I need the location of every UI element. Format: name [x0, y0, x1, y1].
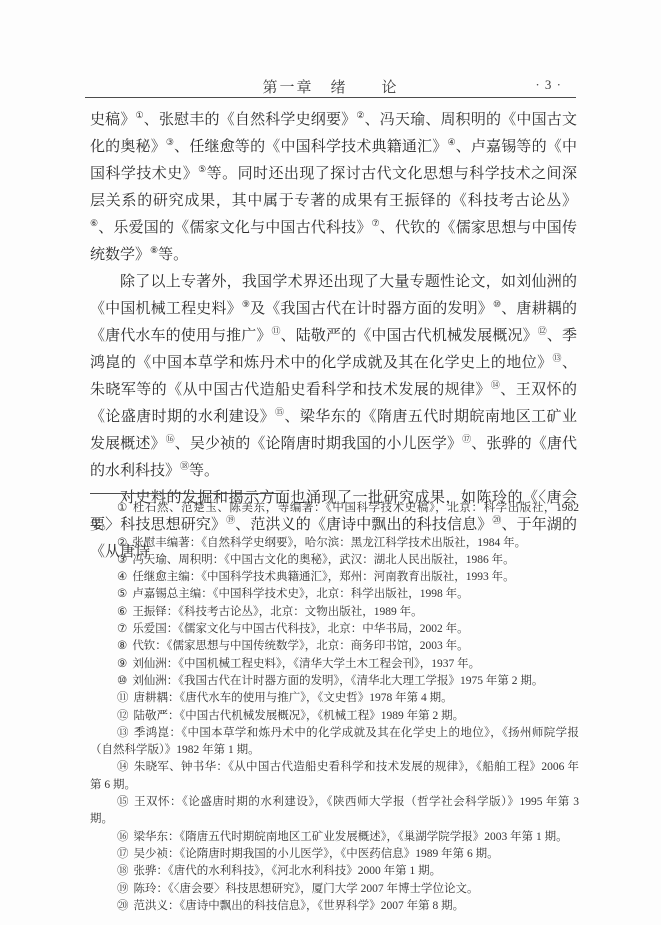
footnote-ref: ④: [447, 137, 455, 147]
footnote-text: 张骅：《唐代的水利科技》，《河北水利科技》2000 年第 1 期。: [134, 865, 442, 877]
header-rule: [85, 97, 576, 98]
footnote-item: ③冯天瑜、周积明：《中国古文化的奥秘》，武汉：湖北人民出版社，1986 年。: [90, 552, 579, 569]
footnote-number: ⑱: [117, 865, 129, 877]
book-page: 第一章 绪 论 · 3 · 史稿》①、张慰丰的《自然科学史纲要》②、冯天瑜、周积…: [0, 0, 661, 925]
footnote-item: ⑧代钦：《儒家思想与中国传统数学》，北京：商务印书馆，2003 年。: [90, 638, 579, 655]
footnote-text: 任继愈主编：《中国科学技术典籍通汇》，郑州：河南教育出版社，1993 年。: [132, 571, 514, 583]
footnote-item: ①杜石然、范楚玉、陈美东，等编著：《中国科学技术史稿》，北京：科学出版社，198…: [90, 500, 579, 535]
footnote-item: ④任继愈主编：《中国科学技术典籍通汇》，郑州：河南教育出版社，1993 年。: [90, 569, 579, 586]
footnote-ref: ⑭: [491, 380, 500, 390]
footnote-item: ⑥王振铎：《科技考古论丛》，北京：文物出版社，1989 年。: [90, 604, 579, 621]
footnote-text: 季鸿崑：《中国本草学和炼丹术中的化学成就及其在化学史上的地位》，《扬州师院学报（…: [90, 727, 579, 756]
footnote-separator: [90, 493, 281, 494]
footnote-number: ⑫: [117, 710, 129, 722]
footnote-item: ②张慰丰编著：《自然科学史纲要》，哈尔滨：黑龙江科学技术出版社，1984 年。: [90, 535, 579, 552]
footnote-number: ④: [117, 571, 127, 583]
footnote-list: ①杜石然、范楚玉、陈美东，等编著：《中国科学技术史稿》，北京：科学出版社，198…: [90, 500, 579, 915]
footnote-item: ⑱张骅：《唐代的水利科技》，《河北水利科技》2000 年第 1 期。: [90, 863, 579, 880]
footnote-text: 吴少祯：《论隋唐时期我国的小儿医学》，《中医药信息》1989 年第 6 期。: [134, 848, 499, 860]
footnote-item: ⑨刘仙洲：《中国机械工程史料》，《清华大学土木工程会刊》，1937 年。: [90, 656, 579, 673]
footnote-text: 刘仙洲：《我国古代在计时器方面的发明》，《清华北大理工学报》1975 年第 2 …: [132, 675, 543, 687]
footnote-ref: ⑯: [166, 434, 175, 444]
footnote-text: 杜石然、范楚玉、陈美东，等编著：《中国科学技术史稿》，北京：科学出版社，1982…: [90, 502, 579, 531]
footnote-number: ③: [117, 554, 127, 566]
footnote-text: 范洪义：《唐诗中飘出的科技信息》，《世界科学》2007 年第 8 期。: [134, 900, 465, 912]
body-paragraph: 除了以上专著外，我国学术界还出现了大量专题性论文，如刘仙洲的《中国机械工程史料》…: [90, 269, 577, 485]
footnote-ref: ⑩: [493, 299, 501, 309]
footnote-ref: ⑫: [538, 326, 547, 336]
footnote-item: ⑭朱晓军、钟书华：《从中国古代造船史看科学和技术发展的规律》，《船舶工程》200…: [90, 759, 579, 794]
footnote-number: ⑪: [117, 692, 129, 704]
footnote-number: ⑳: [117, 900, 129, 912]
footnote-number: ⑦: [117, 623, 127, 635]
footnote-ref: ⑨: [242, 299, 250, 309]
footnote-text: 陈玲：《〈唐会要〉科技思想研究》，厦门大学 2007 年博士学位论文。: [134, 883, 479, 895]
footnote-item: ⑰吴少祯：《论隋唐时期我国的小儿医学》，《中医药信息》1989 年第 6 期。: [90, 846, 579, 863]
footnote-number: ⑭: [117, 761, 129, 773]
footnote-item: ⑩刘仙洲：《我国古代在计时器方面的发明》，《清华北大理工学报》1975 年第 2…: [90, 673, 579, 690]
footnote-text: 张慰丰编著：《自然科学史纲要》，哈尔滨：黑龙江科学技术出版社，1984 年。: [132, 537, 526, 549]
footnote-ref: ⑰: [462, 434, 471, 444]
footnote-text: 刘仙洲：《中国机械工程史料》，《清华大学土木工程会刊》，1937 年。: [132, 658, 480, 670]
footnote-ref: ①: [136, 110, 144, 120]
footnote-number: ⑨: [117, 658, 127, 670]
footnote-ref: ②: [356, 110, 364, 120]
footnote-text: 唐耕耦：《唐代水车的使用与推广》，《文史哲》1978 年第 4 期。: [134, 692, 453, 704]
footnote-number: ⑥: [117, 606, 127, 618]
footnote-item: ⑤卢嘉锡总主编：《中国科学技术史》，北京：科学出版社，1998 年。: [90, 586, 579, 603]
footnote-number: ⑮: [117, 796, 129, 808]
footnote-number: ②: [117, 537, 127, 549]
footnote-text: 朱晓军、钟书华：《从中国古代造船史看科学和技术发展的规律》，《船舶工程》2006…: [90, 761, 579, 790]
footnote-text: 代钦：《儒家思想与中国传统数学》，北京：商务印书馆，2003 年。: [132, 640, 468, 652]
footnote-item: ⑫陆敬严：《中国古代机械发展概况》，《机械工程》1989 年第 2 期。: [90, 708, 579, 725]
footnote-ref: ⑬: [553, 353, 562, 363]
footnote-ref: ⑪: [271, 326, 280, 336]
footnote-text: 梁华东：《隋唐五代时期皖南地区工矿业发展概述》，《巢湖学院学报》2003 年第 …: [134, 831, 568, 843]
page-header: 第一章 绪 论 · 3 ·: [85, 76, 576, 96]
footnote-number: ⑩: [117, 675, 127, 687]
footnote-number: ⑧: [117, 640, 127, 652]
footnote-text: 冯天瑜、周积明：《中国古文化的奥秘》，武汉：湖北人民出版社，1986 年。: [132, 554, 514, 566]
footnote-number: ⑤: [117, 588, 127, 600]
footnote-ref: ⑤: [198, 164, 207, 174]
footnote-text: 王振铎：《科技考古论丛》，北京：文物出版社，1989 年。: [132, 606, 422, 618]
footnote-item: ⑯梁华东：《隋唐五代时期皖南地区工矿业发展概述》，《巢湖学院学报》2003 年第…: [90, 829, 579, 846]
footnote-ref: ⑮: [275, 407, 284, 417]
footnote-ref: ③: [166, 137, 174, 147]
footnote-item: ⑦乐爱国：《儒家文化与中国古代科技》，北京：中华书局，2002 年。: [90, 621, 579, 638]
footnote-text: 卢嘉锡总主编：《中国科学技术史》，北京：科学出版社，1998 年。: [132, 588, 468, 600]
body-paragraph: 史稿》①、张慰丰的《自然科学史纲要》②、冯天瑜、周积明的《中国古文化的奥秘》③、…: [90, 107, 577, 269]
footnote-number: ⑰: [117, 848, 129, 860]
footnote-text: 王双怀：《论盛唐时期的水利建设》，《陕西师大学报（哲学社会科学版）》1995 年…: [90, 796, 579, 825]
body-text: 史稿》①、张慰丰的《自然科学史纲要》②、冯天瑜、周积明的《中国古文化的奥秘》③、…: [90, 107, 577, 566]
footnote-item: ⑬季鸿崑：《中国本草学和炼丹术中的化学成就及其在化学史上的地位》，《扬州师院学报…: [90, 725, 579, 760]
footnote-ref: ⑧: [150, 245, 158, 255]
footnote-number: ①: [117, 502, 128, 514]
footnote-item: ⑪唐耕耦：《唐代水车的使用与推广》，《文史哲》1978 年第 4 期。: [90, 690, 579, 707]
page-number: · 3 ·: [535, 77, 562, 93]
footnote-number: ⑬: [117, 727, 129, 739]
footnote-text: 乐爱国：《儒家文化与中国古代科技》，北京：中华书局，2002 年。: [132, 623, 468, 635]
footnote-item: ⑳范洪义：《唐诗中飘出的科技信息》，《世界科学》2007 年第 8 期。: [90, 898, 579, 915]
footnote-ref: ⑱: [180, 461, 189, 471]
footnote-ref: ⑥: [90, 218, 98, 228]
footnote-item: ⑮王双怀：《论盛唐时期的水利建设》，《陕西师大学报（哲学社会科学版）》1995 …: [90, 794, 579, 829]
footnote-number: ⑲: [117, 883, 129, 895]
chapter-title: 第一章 绪 论: [85, 76, 576, 97]
footnote-number: ⑯: [117, 831, 129, 843]
footnote-text: 陆敬严：《中国古代机械发展概况》，《机械工程》1989 年第 2 期。: [134, 710, 465, 722]
footnote-ref: ⑦: [372, 218, 380, 228]
footnote-item: ⑲陈玲：《〈唐会要〉科技思想研究》，厦门大学 2007 年博士学位论文。: [90, 881, 579, 898]
